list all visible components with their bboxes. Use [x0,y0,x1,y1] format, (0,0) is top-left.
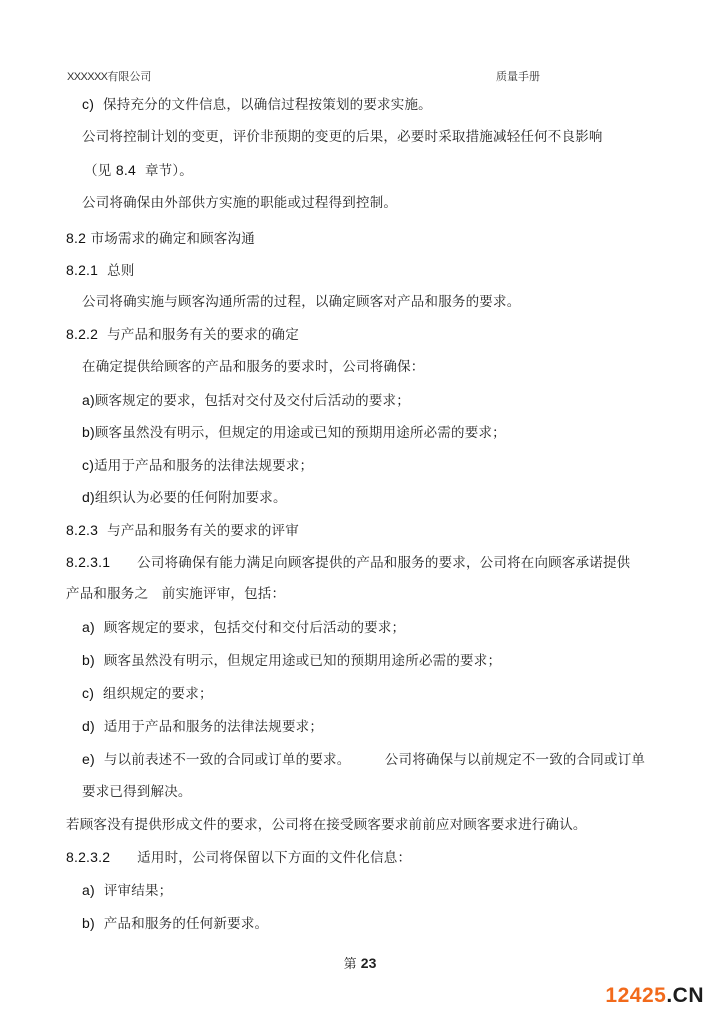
heading-8-2-3: 8.2.3 与产品和服务有关的要求的评审 [66,521,299,540]
heading-8-2-2: 8.2.2 与产品和服务有关的要求的确定 [66,325,299,344]
heading-number: 8.2.3.2 [66,849,110,865]
heading-number: 8.2.1 [66,262,98,278]
item-text: 产品和服务的任何新要求。 [104,916,268,932]
section-reference: 8.4 [116,162,136,178]
list-item-8231-b: b) 顾客虽然没有明示，但规定用途或已知的预期用途所必需的要求； [82,651,501,670]
list-item-822-a: a)顾客规定的要求，包括对交付及交付后活动的要求； [82,391,410,410]
list-item-822-c: c)适用于产品和服务的法律法规要求； [82,456,313,475]
page-prefix: 第 [344,957,357,972]
item-text: 适用于产品和服务的法律法规要求； [104,719,323,735]
paragraph-8231-e-cont: 要求已得到解决。 [82,783,192,801]
page-footer: 第 23 [0,953,720,972]
heading-text: 市场需求的确定和顾客沟通 [91,231,255,247]
paragraph-8-2-1: 公司将确实施与顾客沟通所需的过程，以确定顾客对产品和服务的要求。 [82,293,520,311]
list-item-822-d: d)组织认为必要的任何附加要求。 [82,488,287,507]
item-label: a) [82,882,95,898]
list-item-8231-e: e) 与以前表述不一致的合同或订单的要求。 公司将确保与以前规定不一致的合同或订… [82,750,645,769]
list-item-8232-a: a) 评审结果； [82,881,172,900]
item-text: 组织规定的要求； [103,686,213,702]
item-label: d) [82,489,95,505]
item-label: c) [82,685,94,701]
item-text: 保持充分的文件信息，以确信过程按策划的要求实施。 [103,97,432,113]
heading-text: 公司将确保有能力满足向顾客提供的产品和服务的要求，公司将在向顾客承诺提供 [137,555,630,571]
heading-number: 8.2 [66,230,86,246]
heading-text: 适用时，公司将保留以下方面的文件化信息： [137,850,411,866]
watermark-suffix: .CN [666,984,704,1007]
see-suffix: 章节）。 [145,163,193,179]
item-label: c) [82,96,94,112]
paragraph-control-changes: 公司将控制计划的变更，评价非预期的变更的后果，必要时采取措施减轻任何不良影响 [82,128,603,146]
site-watermark: 12425.CN [605,984,704,1008]
paragraph-8-2-3-1-cont: 产品和服务之 前实施评审，包括： [66,585,285,603]
item-label: b) [82,424,95,440]
item-text: 顾客规定的要求，包括交付和交付后活动的要求； [104,620,405,636]
paragraph-see-section: （见 8.4 章节）。 [84,161,193,180]
company-prefix: XXXXXX [67,71,107,83]
header-doc-title: 质量手册 [496,68,540,84]
paragraph-8-2-2: 在确定提供给顾客的产品和服务的要求时，公司将确保： [82,358,425,376]
list-item-8231-a: a) 顾客规定的要求，包括交付和交付后活动的要求； [82,618,405,637]
heading-8-2-3-1: 8.2.3.1 公司将确保有能力满足向顾客提供的产品和服务的要求，公司将在向顾客… [66,553,630,572]
item-label: e) [82,751,95,767]
page-number: 23 [361,955,377,971]
list-item-8231-c: c) 组织规定的要求； [82,684,213,703]
item-text: 组织认为必要的任何附加要求。 [95,490,287,506]
heading-number: 8.2.3 [66,522,98,538]
see-prefix: （见 [84,163,111,179]
list-item-822-b: b)顾客虽然没有明示，但规定的用途或已知的预期用途所必需的要求； [82,423,506,442]
list-item-8231-d: d) 适用于产品和服务的法律法规要求； [82,717,323,736]
item-text: 适用于产品和服务的法律法规要求； [94,458,313,474]
item-text: 与以前表述不一致的合同或订单的要求。 公司将确保与以前规定不一致的合同或订单 [104,752,645,768]
item-label: a) [82,619,95,635]
heading-text: 总则 [107,263,134,279]
item-label: b) [82,652,95,668]
item-label: c) [82,457,94,473]
item-text: 顾客规定的要求，包括对交付及交付后活动的要求； [95,393,410,409]
company-suffix: 有限公司 [107,70,151,83]
document-page: XXXXXX有限公司 质量手册 c) 保持充分的文件信息，以确信过程按策划的要求… [0,0,720,1019]
list-item-8232-b: b) 产品和服务的任何新要求。 [82,914,268,933]
paragraph-external-providers: 公司将确保由外部供方实施的职能或过程得到控制。 [82,194,397,212]
paragraph-no-doc-req: 若顾客没有提供形成文件的要求，公司将在接受顾客要求前前应对顾客要求进行确认。 [66,816,587,834]
heading-8-2: 8.2 市场需求的确定和顾客沟通 [66,229,255,248]
list-item-c-keep-docs: c) 保持充分的文件信息，以确信过程按策划的要求实施。 [82,95,432,114]
item-label: b) [82,915,95,931]
item-text: 顾客虽然没有明示，但规定用途或已知的预期用途所必需的要求； [104,653,501,669]
heading-text: 与产品和服务有关的要求的确定 [107,327,299,343]
item-text: 顾客虽然没有明示，但规定的用途或已知的预期用途所必需的要求； [95,425,506,441]
header-company: XXXXXX有限公司 [67,68,151,84]
heading-number: 8.2.3.1 [66,554,110,570]
watermark-number: 12425 [605,984,666,1007]
item-label: d) [82,718,95,734]
heading-8-2-3-2: 8.2.3.2 适用时，公司将保留以下方面的文件化信息： [66,848,411,867]
heading-8-2-1: 8.2.1 总则 [66,261,135,280]
item-label: a) [82,392,95,408]
heading-text: 与产品和服务有关的要求的评审 [107,523,299,539]
heading-number: 8.2.2 [66,326,98,342]
item-text: 评审结果； [104,883,173,899]
